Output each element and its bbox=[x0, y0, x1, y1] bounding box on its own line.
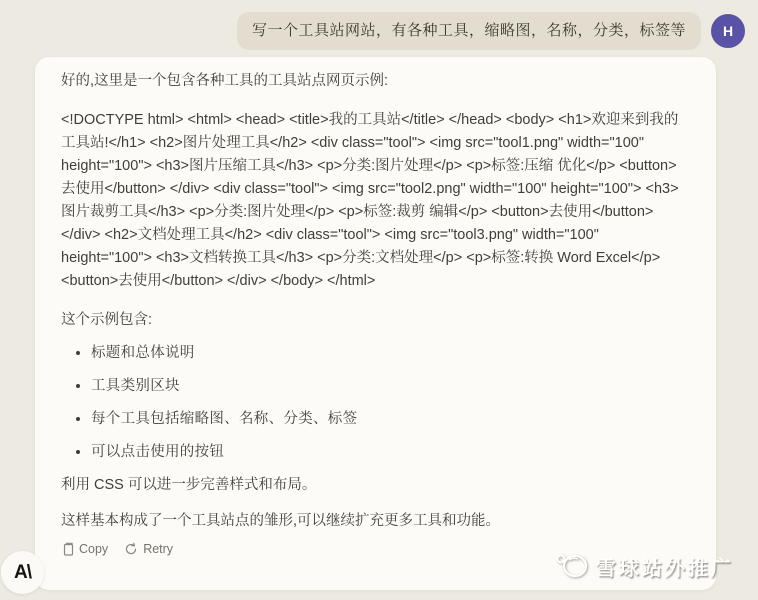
feature-list: 标题和总体说明 工具类别区块 每个工具包括缩略图、名称、分类、标签 可以点击使用… bbox=[61, 342, 690, 464]
list-item: 每个工具包括缩略图、名称、分类、标签 bbox=[91, 408, 690, 431]
anthropic-logo-text: A\ bbox=[14, 562, 31, 584]
user-message-bubble: 写一个工具站网站，有各种工具，缩略图，名称，分类，标签等 bbox=[237, 12, 701, 50]
list-item: 工具类别区块 bbox=[91, 375, 690, 398]
assistant-response-card: 好的,这里是一个包含各种工具的工具站点网页示例: <!DOCTYPE html>… bbox=[35, 57, 716, 590]
message-actions: Copy Retry bbox=[61, 540, 690, 558]
includes-heading: 这个示例包含: bbox=[61, 309, 690, 332]
retry-icon bbox=[124, 542, 138, 556]
clipboard-icon bbox=[61, 542, 74, 556]
copy-button[interactable]: Copy bbox=[61, 540, 108, 558]
user-avatar-letter: H bbox=[723, 23, 733, 39]
anthropic-logo: A\ bbox=[1, 551, 44, 594]
list-item: 标题和总体说明 bbox=[91, 342, 690, 365]
retry-button[interactable]: Retry bbox=[124, 540, 173, 558]
list-item: 可以点击使用的按钮 bbox=[91, 441, 690, 464]
retry-button-label: Retry bbox=[143, 542, 173, 556]
user-message-row: 写一个工具站网站，有各种工具，缩略图，名称，分类，标签等 H bbox=[237, 12, 745, 50]
chat-page: 写一个工具站网站，有各种工具，缩略图，名称，分类，标签等 H 好的,这里是一个包… bbox=[0, 0, 758, 600]
assistant-intro-text: 好的,这里是一个包含各种工具的工具站点网页示例: bbox=[61, 70, 690, 93]
css-note-text: 利用 CSS 可以进一步完善样式和布局。 bbox=[61, 474, 690, 497]
user-avatar[interactable]: H bbox=[711, 14, 745, 48]
copy-button-label: Copy bbox=[79, 542, 108, 556]
closing-text: 这样基本构成了一个工具站点的雏形,可以继续扩充更多工具和功能。 bbox=[61, 510, 690, 533]
assistant-code-text: <!DOCTYPE html> <html> <head> <title>我的工… bbox=[61, 109, 690, 293]
